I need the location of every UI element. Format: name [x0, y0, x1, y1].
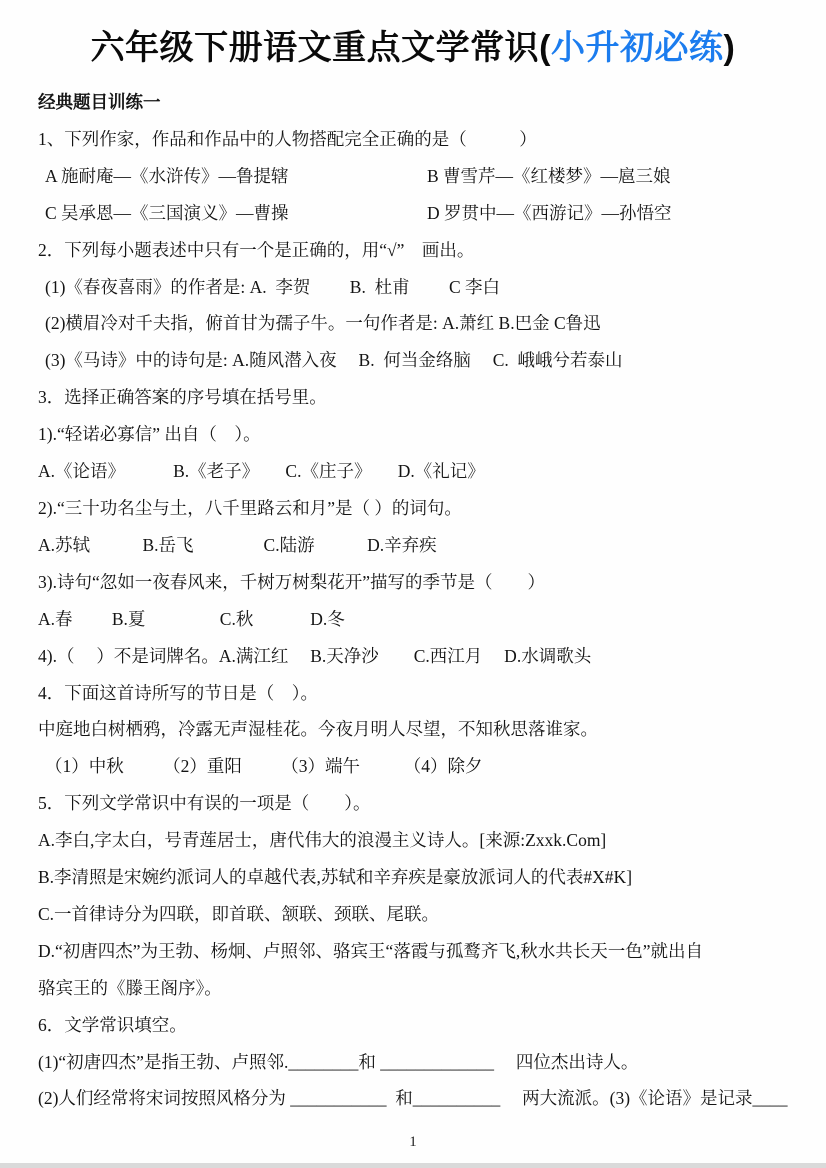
- worksheet-body: 经典题目训练一 1、下列作家，作品和作品中的人物搭配完全正确的是（ ） A 施耐…: [0, 72, 826, 1117]
- question-5-prompt: 5．下列文学常识中有误的一项是（ ）。: [38, 785, 796, 822]
- question-5-option-b: B.李清照是宋婉约派词人的卓越代表,苏轼和辛弃疾是豪放派词人的代表#X#K]: [38, 859, 796, 896]
- question-1-option-c: C 吴承恩—《三国演义》—曹操: [45, 195, 427, 232]
- question-2-prompt: 2．下列每小题表述中只有一个是正确的，用“√” 画出。: [38, 232, 796, 269]
- question-4-options: （1）中秋 （2）重阳 （3）端午 （4）除夕: [38, 748, 796, 785]
- worksheet-page: 六年级下册语文重点文学常识(小升初必练) 经典题目训练一 1、下列作家，作品和作…: [0, 0, 826, 1168]
- question-3-sub-3-options: A.春 B.夏 C.秋 D.冬: [38, 601, 796, 638]
- title-suffix: ): [724, 29, 736, 67]
- question-1-options-row-2: C 吴承恩—《三国演义》—曹操 D 罗贯中—《西游记》—孙悟空: [38, 195, 796, 232]
- question-5-option-d-line-1: D.“初唐四杰”为王勃、杨炯、卢照邻、骆宾王“落霞与孤鹜齐飞,秋水共长天一色”就…: [38, 933, 796, 970]
- question-5-option-a: A.李白,字太白，号青莲居士，唐代伟大的浪漫主义诗人。[来源:Zxxk.Com]: [38, 822, 796, 859]
- question-6-fill-blank-1: (1)“初唐四杰”是指王勃、卢照邻.________和 ____________…: [38, 1044, 796, 1081]
- question-2-item-2: (2)横眉冷对千夫指，俯首甘为孺子牛。一句作者是: A.萧红 B.巴金 C鲁迅: [38, 305, 796, 342]
- question-4-poem: 中庭地白树栖鸦，冷露无声湿桂花。今夜月明人尽望，不知秋思落谁家。: [38, 711, 796, 748]
- question-1-options-row-1: A 施耐庵—《水浒传》—鲁提辖 B 曹雪芹—《红楼梦》—扈三娘: [38, 158, 796, 195]
- question-1-option-a: A 施耐庵—《水浒传》—鲁提辖: [45, 158, 427, 195]
- question-1-option-b: B 曹雪芹—《红楼梦》—扈三娘: [427, 158, 671, 195]
- question-3-sub-1: 1).“轻诺必寡信” 出自（ ）。: [38, 416, 796, 453]
- question-5-option-c: C.一首律诗分为四联，即首联、颔联、颈联、尾联。: [38, 896, 796, 933]
- page-number: 1: [0, 1132, 826, 1152]
- page-bottom-edge: [0, 1163, 826, 1168]
- question-2-item-1: (1)《春夜喜雨》的作者是: A. 李贺 B. 杜甫 C 李白: [38, 269, 796, 306]
- question-6-prompt: 6．文学常识填空。: [38, 1007, 796, 1044]
- question-3-sub-2: 2).“三十功名尘与土，八千里路云和月”是（ ）的词句。: [38, 490, 796, 527]
- question-3-prompt: 3．选择正确答案的序号填在括号里。: [38, 379, 796, 416]
- page-title: 六年级下册语文重点文学常识(小升初必练): [0, 0, 826, 72]
- question-4-prompt: 4．下面这首诗所写的节日是（ ）。: [38, 675, 796, 712]
- section-heading: 经典题目训练一: [38, 84, 796, 121]
- question-6-fill-blank-2: (2)人们经常将宋词按照风格分为 ___________ 和__________…: [38, 1080, 796, 1117]
- title-prefix: 六年级下册语文重点文学常识(: [91, 29, 551, 67]
- question-3-sub-4: 4).（ ）不是词牌名。A.满江红 B.天净沙 C.西江月 D.水调歌头: [38, 638, 796, 675]
- question-1-option-d: D 罗贯中—《西游记》—孙悟空: [427, 195, 672, 232]
- question-2-item-3: (3)《马诗》中的诗句是: A.随风潜入夜 B. 何当金络脑 C. 峨峨兮若泰山: [38, 342, 796, 379]
- question-3-sub-2-options: A.苏轼 B.岳飞 C.陆游 D.辛弃疾: [38, 527, 796, 564]
- question-3-sub-3: 3).诗句“忽如一夜春风来，千树万树梨花开”描写的季节是（ ）: [38, 564, 796, 601]
- question-3-sub-1-options: A.《论语》 B.《老子》 C.《庄子》 D.《礼记》: [38, 453, 796, 490]
- title-highlight: 小升初必练: [551, 29, 724, 67]
- question-5-option-d-line-2: 骆宾王的《滕王阁序》。: [38, 970, 796, 1007]
- question-1-prompt: 1、下列作家，作品和作品中的人物搭配完全正确的是（ ）: [38, 121, 796, 158]
